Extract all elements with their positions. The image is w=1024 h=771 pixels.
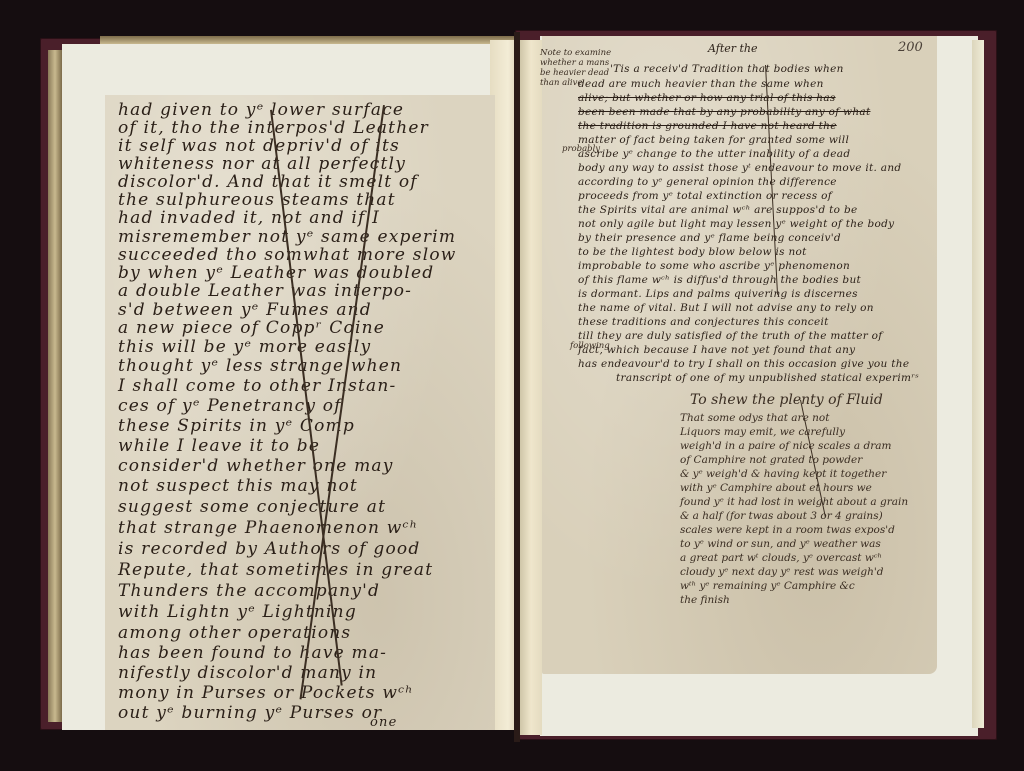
text-line: transcript of one of my unpublished stat… <box>616 372 919 384</box>
text-line: is recorded by Authors of good <box>118 539 420 559</box>
text-line: 'Tis a receiv'd Tradition that bodies wh… <box>610 63 844 75</box>
text-line: out yᵉ burning yᵉ Purses or <box>118 703 382 723</box>
text-line: by their presence and yᵉ flame being con… <box>578 232 841 244</box>
text-line: of Camphire not grated to powder <box>680 454 862 466</box>
text-line: ascribe yᵉ change to the utter inability… <box>578 148 850 160</box>
text-line: body any way to assist those yᵗ endeavou… <box>578 162 901 174</box>
folio-number: 200 <box>898 40 923 55</box>
text-line: wᵗʰ yᵉ remaining yᵉ Camphire &c <box>680 580 855 592</box>
text-line: Thunders the accompany'd <box>118 581 380 601</box>
text-line: has endeavour'd to try I shall on this o… <box>578 358 909 370</box>
text-line: That some odys that are not <box>680 412 829 424</box>
text-line-struck: been been made that by any probability a… <box>578 106 870 118</box>
text-line: with Lightn yᵉ Lightning <box>118 602 357 622</box>
text-line: while I leave it to be <box>118 436 320 456</box>
gilt-page-edge-left <box>48 50 62 722</box>
margin-note-line: whether a mans <box>540 58 611 68</box>
text-line: mony in Purses or Pockets wᶜʰ <box>118 683 414 703</box>
binding-guard-right <box>520 40 542 735</box>
text-line: is dormant. Lips and palms quivering is … <box>578 288 858 300</box>
text-line: Repute, that sometimes in great <box>118 560 433 580</box>
text-line: the name of vital. But I will not advise… <box>578 302 874 314</box>
text-line: it self was not depriv'd of its <box>118 136 400 156</box>
text-line: proceeds from yᵉ total extinction or rec… <box>578 190 832 202</box>
text-line: improbable to some who ascribe yᵉ phenom… <box>578 260 850 272</box>
text-line: dead are much heavier than the same when <box>578 78 824 90</box>
text-line: & yᵉ weigh'd & having kept it together <box>680 468 886 480</box>
text-line: to yᵉ wind or sun, and yᵉ weather was <box>680 538 881 550</box>
text-line-struck: the tradition is grounded I have not hea… <box>578 120 837 132</box>
text-line: till they are duly satisfied of the trut… <box>578 330 882 342</box>
text-line: has been found to have ma- <box>118 643 387 663</box>
text-line: among other operations <box>118 623 351 643</box>
catchword: one <box>370 715 398 730</box>
text-line: & a half (for twas about 3 or 4 grains) <box>680 510 883 522</box>
text-line: not only agile but light may lessen yᵉ w… <box>578 218 894 230</box>
text-line: fact, which because I have not yet found… <box>578 344 855 356</box>
text-line: a double Leather was interpo- <box>118 281 412 301</box>
text-line: of this flame wᶜʰ is diffus'd through th… <box>578 274 861 286</box>
text-line: to be the lightest body blow below is no… <box>578 246 807 258</box>
text-line: scales were kept in a room twas expos'd <box>680 524 895 536</box>
text-line: I shall come to other Instan- <box>118 376 396 396</box>
text-line: thought yᵉ less strange when <box>118 356 402 376</box>
text-line: this will be yᵉ more easily <box>118 337 371 357</box>
text-line: Liquors may emit, we carefully <box>680 426 845 438</box>
text-line: had given to yᵉ lower surface <box>118 100 404 120</box>
page-edge-right <box>972 40 984 728</box>
text-line: these traditions and conjectures this co… <box>578 316 829 328</box>
text-line: the finish <box>680 594 730 606</box>
text-line: suggest some conjecture at <box>118 497 386 517</box>
text-line: these Spirits in yᵉ Comp <box>118 416 355 436</box>
gilt-page-edge-top <box>100 36 520 44</box>
text-line: according to yᵉ general opinion the diff… <box>578 176 837 188</box>
text-line: the Spirits vital are animal wᶜʰ are sup… <box>578 204 857 216</box>
experiment-heading: To shew the plenty of Fluid <box>690 392 883 408</box>
text-line: found yᵉ it had lost in weight about a g… <box>680 496 908 508</box>
text-line: consider'd whether one may <box>118 456 394 476</box>
margin-note-line: be heavier dead <box>540 68 611 78</box>
text-line: s'd between yᵉ Fumes and <box>118 300 372 320</box>
text-line: with yᵉ Camphire about et hours we <box>680 482 872 494</box>
text-line: had invaded it, not and if I <box>118 208 380 228</box>
text-line: the sulphureous steams that <box>118 190 396 210</box>
text-line: matter of fact being taken for granted s… <box>578 134 849 146</box>
margin-note-line: Note to examine <box>540 48 611 58</box>
text-line: cloudy yᵉ next day yᵉ rest was weigh'd <box>680 566 884 578</box>
text-line: that strange Phaenomenon wᶜʰ <box>118 518 418 538</box>
text-line: a great part wᵗ clouds, yᵉ overcast wᶜʰ <box>680 552 882 564</box>
text-line: whiteness nor at all perfectly <box>118 154 406 174</box>
text-line: by when yᵉ Leather was doubled <box>118 263 434 283</box>
text-line: weigh'd in a paire of nice scales a dram <box>680 440 891 452</box>
text-line: not suspect this may not <box>118 476 358 496</box>
page-heading: After the <box>708 42 758 55</box>
text-line: a new piece of Coppʳ Coine <box>118 318 385 338</box>
text-line-struck: alive; but whether or how any trial of t… <box>578 92 836 104</box>
